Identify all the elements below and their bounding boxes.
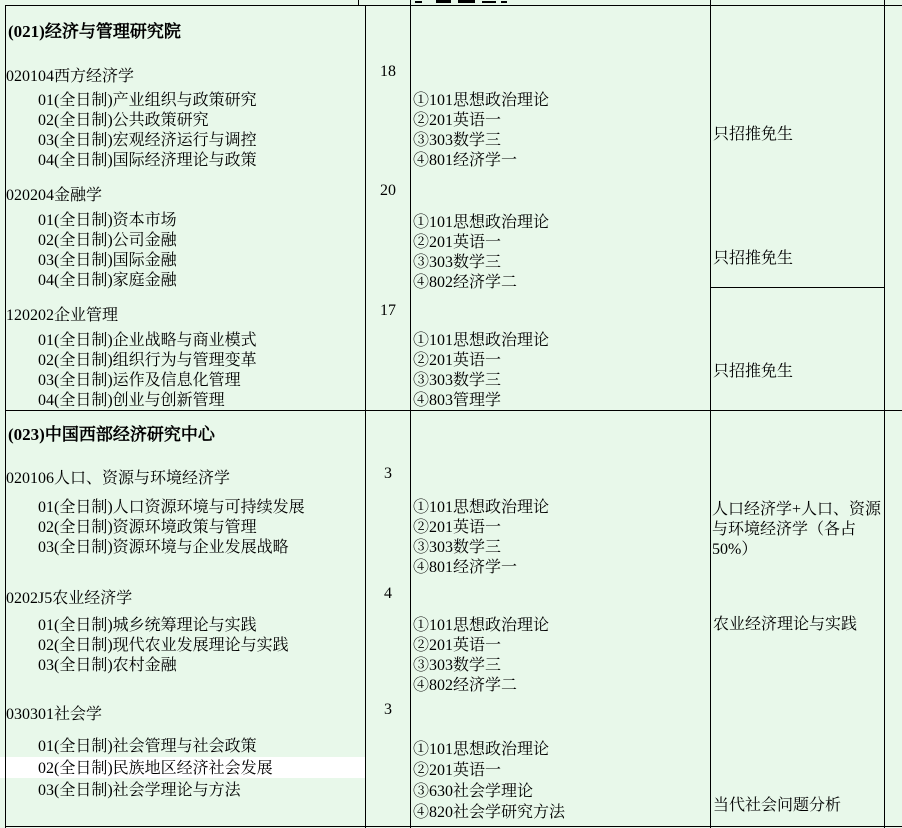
exam-subject-item: ④820社会学研究方法: [413, 802, 565, 823]
direction-item: 01(全日制)产业组织与政策研究: [38, 91, 257, 111]
direction-item: 01(全日制)企业战略与商业模式: [38, 331, 257, 351]
admissions-catalog-page: (021)经济与管理研究院 020104西方经济学 18 01(全日制)产业组织…: [0, 0, 902, 828]
direction-list: 01(全日制)企业战略与商业模式 02(全日制)组织行为与管理变革 03(全日制…: [38, 331, 257, 411]
exam-subject-item: ③303数学三: [413, 656, 549, 676]
clipped-row-column-divider: [358, 0, 359, 5]
note-cell: 只招推免生: [713, 121, 793, 144]
direction-item: 04(全日制)国际经济理论与政策: [38, 151, 257, 171]
exam-subject-item: ①101思想政治理论: [413, 213, 549, 233]
exam-subject-item: ④801经济学一: [413, 558, 549, 578]
exam-subject-list: ①101思想政治理论 ②201英语一 ③303数学三 ④801经济学一: [413, 91, 549, 171]
exam-subject-item: ③303数学三: [413, 131, 549, 151]
column-divider-quota-exam: [410, 0, 411, 828]
table-border-top: [5, 5, 902, 6]
exam-subject-item: ①101思想政治理论: [413, 91, 549, 111]
direction-list: 01(全日制)人口资源环境与可持续发展 02(全日制)资源环境政策与管理 03(…: [38, 498, 305, 558]
column-divider-note-right: [884, 0, 885, 828]
note-line: 人口经济学+人口、资源: [712, 500, 885, 520]
quota-value: 18: [366, 63, 410, 81]
direction-list: 01(全日制)资本市场 02(全日制)公司金融 03(全日制)国际金融 04(全…: [38, 211, 177, 291]
exam-subject-item: ②201英语一: [413, 351, 549, 371]
direction-item: 02(全日制)组织行为与管理变革: [38, 351, 257, 371]
direction-item: 04(全日制)创业与创新管理: [38, 391, 257, 411]
department-header: (023)中国西部经济研究中心: [8, 420, 215, 445]
quota-value: 20: [366, 182, 410, 200]
exam-subject-list: ①101思想政治理论 ②201英语一 ③303数学三 ④802经济学二: [413, 213, 549, 293]
direction-item: 01(全日制)人口资源环境与可持续发展: [38, 498, 305, 518]
direction-list: 01(全日制)社会管理与社会政策 02(全日制)民族地区经济社会发展 03(全日…: [38, 736, 273, 802]
exam-subject-item: ③303数学三: [413, 538, 549, 558]
quota-value: 17: [366, 302, 410, 320]
major-code: 120202企业管理: [6, 302, 118, 325]
direction-item: 04(全日制)家庭金融: [38, 271, 177, 291]
direction-item: 03(全日制)宏观经济运行与调控: [38, 131, 257, 151]
column-divider-exam-note: [710, 0, 711, 828]
direction-item: 03(全日制)资源环境与企业发展战略: [38, 538, 305, 558]
major-code: 030301社会学: [6, 701, 102, 724]
exam-subject-list: ①101思想政治理论 ②201英语一 ③303数学三 ④803管理学: [413, 331, 549, 411]
direction-item-highlighted: 02(全日制)民族地区经济社会发展: [38, 758, 273, 780]
note-cell: 农业经济理论与实践: [713, 611, 857, 634]
major-code: 020106人口、资源与环境经济学: [6, 465, 230, 488]
direction-item: 03(全日制)运作及信息化管理: [38, 371, 257, 391]
table-border-bottom: [5, 826, 902, 827]
exam-subject-item: ②201英语一: [413, 636, 549, 656]
exam-subject-item: ③303数学三: [413, 371, 549, 391]
quota-value: 4: [366, 585, 410, 603]
note-line: 与环境经济学（各占: [712, 520, 885, 540]
quota-value: 3: [366, 701, 410, 719]
direction-item: 01(全日制)社会管理与社会政策: [38, 736, 273, 758]
exam-subject-item: ④802经济学二: [413, 273, 549, 293]
quota-value: 3: [366, 465, 410, 483]
direction-item: 01(全日制)资本市场: [38, 211, 177, 231]
direction-item: 01(全日制)城乡统筹理论与实践: [38, 616, 289, 636]
exam-subject-item: ③630社会学理论: [413, 781, 565, 802]
exam-subject-item: ②201英语一: [413, 111, 549, 131]
department-header: (021)经济与管理研究院: [8, 17, 181, 42]
exam-subject-item: ④803管理学: [413, 391, 549, 411]
direction-list: 01(全日制)产业组织与政策研究 02(全日制)公共政策研究 03(全日制)宏观…: [38, 91, 257, 171]
major-code: 020104西方经济学: [6, 63, 134, 86]
note-column-divider: [710, 287, 884, 288]
direction-item: 03(全日制)国际金融: [38, 251, 177, 271]
exam-subject-item: ④801经济学一: [413, 151, 549, 171]
direction-item: 02(全日制)公司金融: [38, 231, 177, 251]
note-cell: 当代社会问题分析: [713, 792, 841, 815]
direction-item: 02(全日制)资源环境政策与管理: [38, 518, 305, 538]
exam-subject-item: ③303数学三: [413, 253, 549, 273]
note-cell: 只招推免生: [713, 245, 793, 268]
exam-subject-list: ①101思想政治理论 ②201英语一 ③630社会学理论 ④820社会学研究方法: [413, 739, 565, 823]
note-cell: 人口经济学+人口、资源 与环境经济学（各占 50%）: [712, 500, 885, 560]
direction-item: 02(全日制)公共政策研究: [38, 111, 257, 131]
exam-subject-item: ①101思想政治理论: [413, 739, 565, 760]
major-code: 020204金融学: [6, 182, 102, 205]
direction-item: 02(全日制)现代农业发展理论与实践: [38, 636, 289, 656]
exam-subject-item: ①101思想政治理论: [413, 498, 549, 518]
exam-subject-list: ①101思想政治理论 ②201英语一 ③303数学三 ④802经济学二: [413, 616, 549, 696]
direction-item: 03(全日制)社会学理论与方法: [38, 780, 273, 802]
note-line: 50%）: [712, 540, 885, 560]
direction-list: 01(全日制)城乡统筹理论与实践 02(全日制)现代农业发展理论与实践 03(全…: [38, 616, 289, 676]
exam-subject-list: ①101思想政治理论 ②201英语一 ③303数学三 ④801经济学一: [413, 498, 549, 578]
exam-subject-item: ①101思想政治理论: [413, 616, 549, 636]
note-cell: 只招推免生: [713, 358, 793, 381]
exam-subject-item: ②201英语一: [413, 760, 565, 781]
exam-subject-item: ②201英语一: [413, 518, 549, 538]
exam-subject-item: ②201英语一: [413, 233, 549, 253]
direction-item: 03(全日制)农村金融: [38, 656, 289, 676]
major-code: 0202J5农业经济学: [6, 585, 132, 608]
exam-subject-item: ①101思想政治理论: [413, 331, 549, 351]
exam-subject-item: ④802经济学二: [413, 676, 549, 696]
